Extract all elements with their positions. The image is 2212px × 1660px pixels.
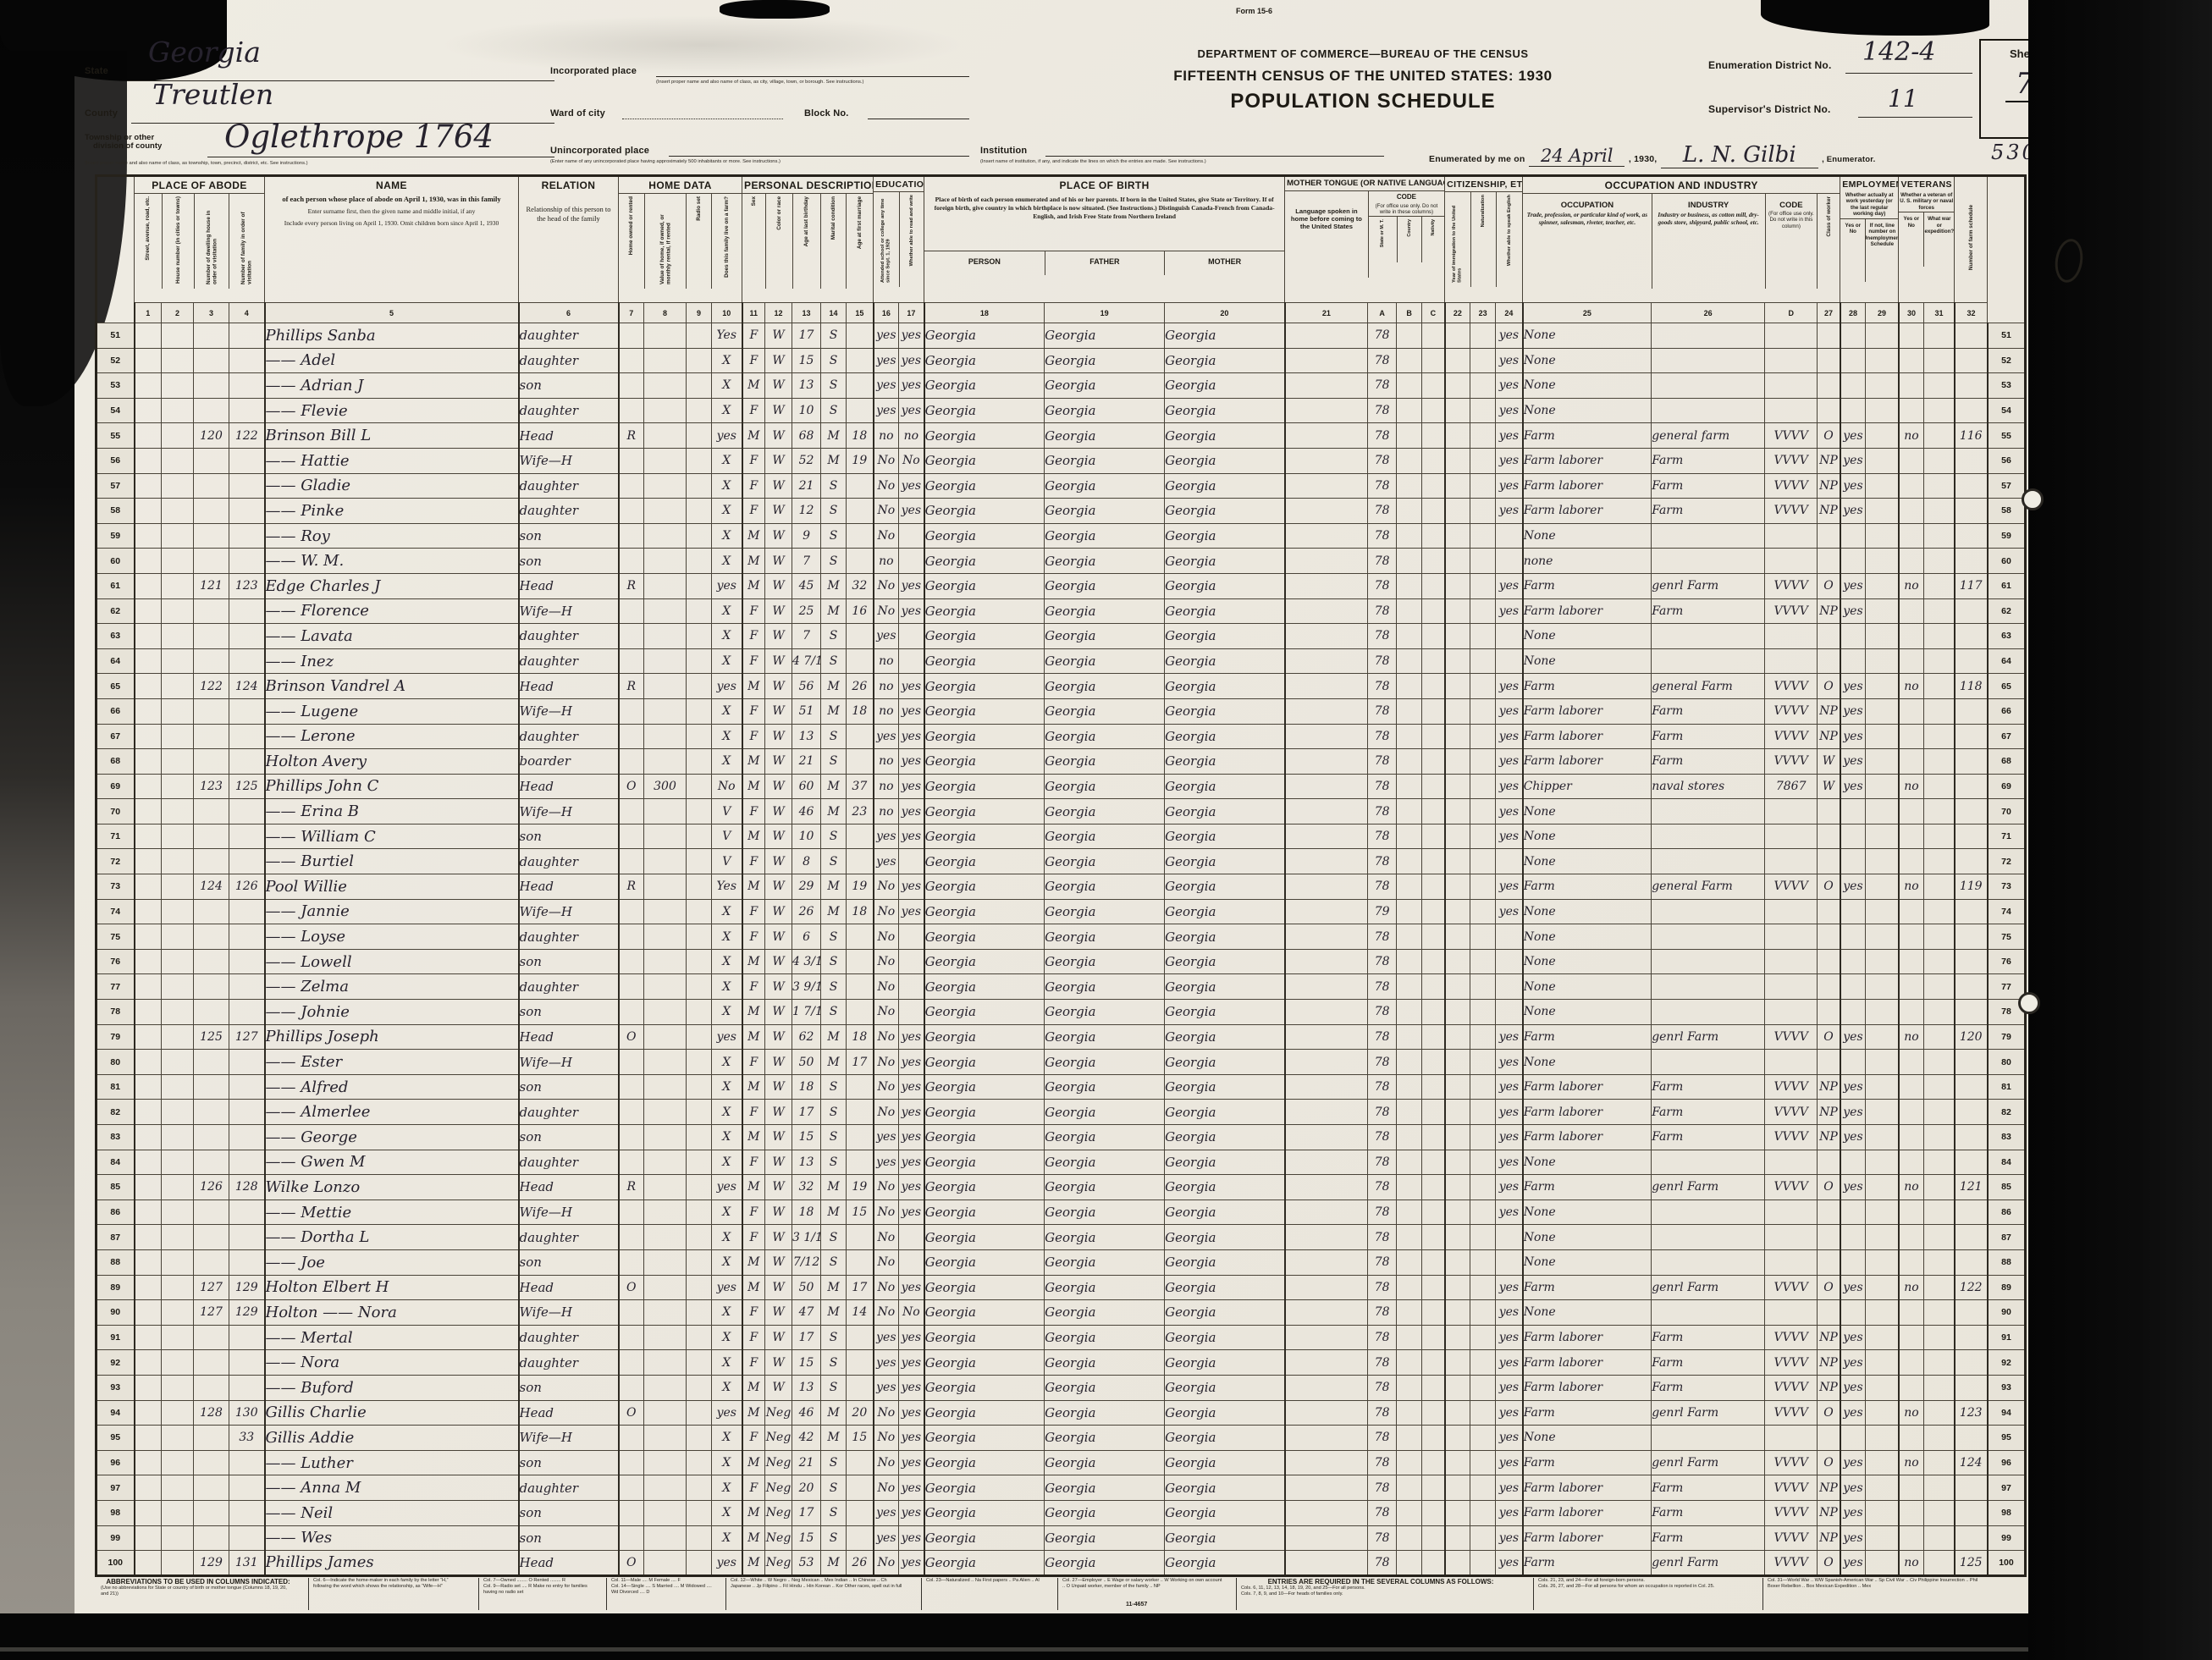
cell-fm: X — [712, 1300, 742, 1326]
cell-dw — [194, 499, 229, 524]
cell-tn — [619, 1475, 644, 1501]
cell-fam: 129 — [229, 1275, 265, 1300]
cell-nm: —— Mertal — [265, 1325, 519, 1350]
cell-hn — [162, 1150, 194, 1175]
cell-wk: yes — [1840, 674, 1866, 699]
cell-bm: Georgia — [1165, 1500, 1285, 1525]
cell-cb — [1397, 1475, 1422, 1501]
cell-sx: F — [742, 1350, 765, 1376]
cell-lg — [1285, 1175, 1368, 1200]
cell-vt — [1899, 373, 1924, 399]
cell-rad — [687, 323, 712, 349]
cell-cd: VVVV — [1765, 1525, 1818, 1551]
cell-rw: yes — [899, 749, 924, 775]
incorporated-underline — [656, 51, 969, 77]
cell-sx: M — [742, 1551, 765, 1576]
cell-fs: 122 — [1955, 1275, 1988, 1300]
cell-lg — [1285, 749, 1368, 775]
cell-cl: O — [1818, 1175, 1840, 1200]
cell-sc: No — [874, 1074, 899, 1100]
cell-rel: boarder — [519, 749, 619, 775]
cell-in: Farm — [1652, 1475, 1765, 1501]
cell-cb — [1397, 598, 1422, 624]
cell-cl: NP — [1818, 724, 1840, 749]
cell-rad — [687, 849, 712, 874]
cell-cl: NP — [1818, 499, 1840, 524]
cell-na — [1470, 598, 1496, 624]
cell-lg — [1285, 1325, 1368, 1350]
abbr-col31: Col. 31—World War .. WW Spanish-American… — [1768, 1578, 1988, 1590]
cell-mr: M — [821, 1050, 847, 1075]
cell-na — [1470, 1150, 1496, 1175]
cell-wr — [1924, 1050, 1955, 1075]
cell-ca: 78 — [1368, 1100, 1397, 1125]
cell-cd — [1765, 624, 1818, 649]
cell-bf: Georgia — [1045, 1249, 1165, 1275]
cell-oc: None — [1523, 398, 1652, 423]
cell-fs — [1955, 1375, 1988, 1400]
cell-am — [847, 1125, 874, 1150]
cell-am — [847, 1475, 874, 1501]
entries-line-1: Cols. 6, 11, 12, 13, 14, 18, 19, 20, and… — [1241, 1586, 1520, 1591]
cell-oc: Farm laborer — [1523, 1325, 1652, 1350]
cell-in — [1652, 924, 1765, 950]
col-street-label: Street, avenue, road, etc. — [145, 196, 151, 261]
cell-vl — [644, 473, 687, 499]
cell-sx: F — [742, 1325, 765, 1350]
cell-bf: Georgia — [1045, 1551, 1165, 1576]
cell-ln: 85 — [97, 1175, 135, 1200]
cell-fs: 124 — [1955, 1450, 1988, 1475]
cell-na — [1470, 899, 1496, 924]
cell-bp: Georgia — [924, 499, 1045, 524]
cell-rad — [687, 348, 712, 373]
cell-nm: —— Flevie — [265, 398, 519, 423]
personal-title: PERSONAL DESCRIPTION — [742, 177, 873, 193]
cell-tn — [619, 323, 644, 349]
cell-cd: VVVV — [1765, 1100, 1818, 1125]
cell-ag: 21 — [792, 473, 821, 499]
cell-st — [135, 1050, 162, 1075]
cell-en: yes — [1496, 1300, 1523, 1326]
cell-sx: M — [742, 749, 765, 775]
cell-rel: Head — [519, 1024, 619, 1050]
cell-lnr: 86 — [1988, 1200, 2026, 1225]
col-unemployment-line-label: If not, line number on Unemployment Sche… — [1865, 222, 1898, 249]
cell-wr — [1924, 849, 1955, 874]
cell-hn — [162, 1450, 194, 1475]
cell-lg — [1285, 1426, 1368, 1451]
cell-rad — [687, 1200, 712, 1225]
cell-dw — [194, 473, 229, 499]
cell-vl — [644, 949, 687, 974]
cell-cr: W — [765, 1325, 792, 1350]
cell-fam — [229, 499, 265, 524]
cell-cd — [1765, 348, 1818, 373]
cell-wr — [1924, 1551, 1955, 1576]
cell-cd: VVVV — [1765, 1500, 1818, 1525]
cell-tn — [619, 1500, 644, 1525]
cell-am — [847, 373, 874, 399]
cell-dw — [194, 1350, 229, 1376]
cell-vl — [644, 598, 687, 624]
cell-lnr: 79 — [1988, 1024, 2026, 1050]
sd-underline — [1858, 95, 1972, 118]
cell-un — [1866, 674, 1899, 699]
punch-hole-top — [2022, 488, 2044, 510]
cell-wk — [1840, 1300, 1866, 1326]
cell-ln: 57 — [97, 473, 135, 499]
entries-line-4: Cols. 26, 27, and 28—For all persons for… — [1538, 1584, 1750, 1590]
cell-rel: Head — [519, 874, 619, 900]
cell-bf: Georgia — [1045, 749, 1165, 775]
cell-lnr: 72 — [1988, 849, 2026, 874]
cell-st — [135, 573, 162, 598]
cell-oc: None — [1523, 974, 1652, 1000]
cell-ag: 1 7/12 — [792, 1000, 821, 1025]
cell-hn — [162, 1525, 194, 1551]
cell-cc — [1422, 549, 1445, 574]
cell-oc: Farm laborer — [1523, 1525, 1652, 1551]
cell-in: Farm — [1652, 724, 1765, 749]
cell-sx: F — [742, 1100, 765, 1125]
cell-hn — [162, 1375, 194, 1400]
cell-am — [847, 1074, 874, 1100]
cell-bf: Georgia — [1045, 423, 1165, 449]
cell-vl — [644, 1125, 687, 1150]
cell-rw: yes — [899, 874, 924, 900]
cell-in: Farm — [1652, 1500, 1765, 1525]
cell-sx: F — [742, 924, 765, 950]
cell-ln: 78 — [97, 1000, 135, 1025]
cell-un — [1866, 1325, 1899, 1350]
cell-in: general Farm — [1652, 674, 1765, 699]
scan-edge-bottom-gray — [0, 1647, 2212, 1652]
unincorporated-underline — [669, 131, 969, 157]
cell-un — [1866, 749, 1899, 775]
cell-cb — [1397, 348, 1422, 373]
col-house-number-label: House number (in cities or towns) — [175, 196, 181, 284]
cell-dw: 127 — [194, 1300, 229, 1326]
cell-fs — [1955, 698, 1988, 724]
cell-na — [1470, 323, 1496, 349]
cell-rel: son — [519, 1450, 619, 1475]
cell-bf: Georgia — [1045, 1000, 1165, 1025]
cell-bf: Georgia — [1045, 373, 1165, 399]
cell-ag: 15 — [792, 1350, 821, 1376]
cell-st — [135, 774, 162, 799]
cell-na — [1470, 1125, 1496, 1150]
cell-rel: son — [519, 1125, 619, 1150]
cell-un — [1866, 1525, 1899, 1551]
col-home-value-label: Value of home, if owned, or monthly rent… — [659, 196, 672, 284]
abbr-col11: Col. 11—Male .... M Female .... F — [611, 1578, 713, 1584]
cell-ln: 82 — [97, 1100, 135, 1125]
cell-sx: F — [742, 1475, 765, 1501]
census-row-80: 80—— EsterWife—HXFW50M17NoyesGeorgiaGeor… — [97, 1050, 2026, 1075]
cell-lnr: 88 — [1988, 1249, 2026, 1275]
cell-bf: Georgia — [1045, 949, 1165, 974]
cell-nm: —— George — [265, 1125, 519, 1150]
cell-cb — [1397, 1249, 1422, 1275]
cell-un — [1866, 398, 1899, 423]
cell-cc — [1422, 648, 1445, 674]
cell-rw: yes — [899, 1325, 924, 1350]
cell-ln: 62 — [97, 598, 135, 624]
cell-oc: None — [1523, 1426, 1652, 1451]
mother-tongue-group: MOTHER TONGUE (OR NATIVE LANGUAGE) OF FO… — [1285, 176, 1445, 303]
cell-oc: None — [1523, 348, 1652, 373]
cell-sc: No — [874, 1225, 899, 1250]
cell-dw: 121 — [194, 573, 229, 598]
cell-hn — [162, 1050, 194, 1075]
cell-sx: M — [742, 674, 765, 699]
cell-ag: 4 7/12 — [792, 648, 821, 674]
cell-rad — [687, 1125, 712, 1150]
cell-wk — [1840, 1200, 1866, 1225]
cell-vt — [1899, 598, 1924, 624]
cell-nm: Brinson Vandrel A — [265, 674, 519, 699]
cell-un — [1866, 499, 1899, 524]
cell-na — [1470, 1249, 1496, 1275]
cell-st — [135, 373, 162, 399]
cell-fam — [229, 949, 265, 974]
cell-nm: —— Buford — [265, 1375, 519, 1400]
cell-tn — [619, 1525, 644, 1551]
birth-title: PLACE OF BIRTH — [924, 177, 1284, 193]
cell-hn — [162, 924, 194, 950]
scan-edge-right — [2028, 0, 2212, 1660]
abbreviations-title: ABBREVIATIONS TO BE USED IN COLUMNS INDI… — [101, 1578, 295, 1586]
cell-rel: Head — [519, 1175, 619, 1200]
cell-bm: Georgia — [1165, 1100, 1285, 1125]
census-row-69: 69123125Phillips John CHeadO300NoMW60M37… — [97, 774, 2026, 799]
cell-im — [1445, 774, 1470, 799]
cell-sc: yes — [874, 849, 899, 874]
cell-vt — [1899, 523, 1924, 549]
cell-en: yes — [1496, 1125, 1523, 1150]
cell-wr — [1924, 874, 1955, 900]
cell-cb — [1397, 1525, 1422, 1551]
cell-na — [1470, 774, 1496, 799]
cell-bm: Georgia — [1165, 974, 1285, 1000]
cell-wk — [1840, 1426, 1866, 1451]
cell-cb — [1397, 899, 1422, 924]
cell-cc — [1422, 448, 1445, 473]
cell-wk — [1840, 624, 1866, 649]
col-class-of-worker-label: Class of worker — [1826, 196, 1832, 237]
cell-rel: daughter — [519, 648, 619, 674]
cell-rad — [687, 1450, 712, 1475]
cell-hn — [162, 423, 194, 449]
cell-ag: 18 — [792, 1200, 821, 1225]
cell-fs — [1955, 499, 1988, 524]
cell-rw: yes — [899, 1100, 924, 1125]
cell-fs — [1955, 398, 1988, 423]
cell-cb — [1397, 573, 1422, 598]
cell-ln: 94 — [97, 1400, 135, 1426]
cell-rel: daughter — [519, 1475, 619, 1501]
cell-un — [1866, 724, 1899, 749]
cell-bp: Georgia — [924, 1175, 1045, 1200]
cell-ln: 56 — [97, 448, 135, 473]
cell-bm: Georgia — [1165, 1450, 1285, 1475]
cell-vt — [1899, 624, 1924, 649]
cell-en: yes — [1496, 1100, 1523, 1125]
cell-ca: 78 — [1368, 874, 1397, 900]
cell-im — [1445, 1400, 1470, 1426]
cell-bm: Georgia — [1165, 1050, 1285, 1075]
cell-tn — [619, 523, 644, 549]
cell-bf: Georgia — [1045, 1125, 1165, 1150]
cell-ag: 26 — [792, 899, 821, 924]
cell-vl — [644, 523, 687, 549]
cell-lg — [1285, 473, 1368, 499]
cell-bp: Georgia — [924, 648, 1045, 674]
cell-hn — [162, 1500, 194, 1525]
cell-am — [847, 1375, 874, 1400]
cell-sc: yes — [874, 348, 899, 373]
cell-sc: yes — [874, 1125, 899, 1150]
col-read-write-label: Whether able to read and write — [909, 195, 915, 266]
cell-am — [847, 348, 874, 373]
enumerated-label: Enumerated by me on — [1429, 154, 1525, 164]
cell-cb — [1397, 1125, 1422, 1150]
cell-fam — [229, 849, 265, 874]
cell-in: genrl Farm — [1652, 1175, 1765, 1200]
cell-vl — [644, 1050, 687, 1075]
cell-rel: Wife—H — [519, 799, 619, 824]
cell-bp: Georgia — [924, 523, 1045, 549]
cell-en — [1496, 974, 1523, 1000]
cell-rel: Wife—H — [519, 448, 619, 473]
cell-ca: 78 — [1368, 448, 1397, 473]
cell-bm: Georgia — [1165, 899, 1285, 924]
cell-tn — [619, 1125, 644, 1150]
cell-cd — [1765, 1225, 1818, 1250]
cell-rad — [687, 1275, 712, 1300]
cell-in: Farm — [1652, 499, 1765, 524]
cell-cr: W — [765, 423, 792, 449]
cell-am — [847, 1100, 874, 1125]
cell-bf: Georgia — [1045, 1300, 1165, 1326]
cell-fm: X — [712, 1200, 742, 1225]
cell-bm: Georgia — [1165, 1400, 1285, 1426]
cell-rad — [687, 648, 712, 674]
cell-vl — [644, 1500, 687, 1525]
cell-sc: No — [874, 1024, 899, 1050]
cell-nm: —— Anna M — [265, 1475, 519, 1501]
entries-title: ENTRIES ARE REQUIRED IN THE SEVERAL COLU… — [1241, 1578, 1520, 1586]
cell-sc: No — [874, 874, 899, 900]
cell-wr — [1924, 824, 1955, 849]
cell-sx: F — [742, 974, 765, 1000]
cell-un — [1866, 849, 1899, 874]
cell-wk: yes — [1840, 423, 1866, 449]
cell-cl — [1818, 824, 1840, 849]
cell-ca: 78 — [1368, 749, 1397, 775]
cell-rel: daughter — [519, 473, 619, 499]
cell-un — [1866, 1300, 1899, 1326]
cell-un — [1866, 1175, 1899, 1200]
cell-nm: —— Inez — [265, 648, 519, 674]
cell-fam — [229, 549, 265, 574]
cell-cl — [1818, 1225, 1840, 1250]
cell-na — [1470, 648, 1496, 674]
cell-im — [1445, 624, 1470, 649]
cell-bp: Georgia — [924, 1350, 1045, 1376]
cell-mr: M — [821, 774, 847, 799]
cell-sx: F — [742, 1225, 765, 1250]
cell-cr: W — [765, 1000, 792, 1025]
scan-edge-bottom — [0, 1613, 2212, 1660]
cell-wk: yes — [1840, 1475, 1866, 1501]
cell-vt — [1899, 1300, 1924, 1326]
cell-rw: yes — [899, 373, 924, 399]
cell-rad — [687, 499, 712, 524]
cell-cd: VVVV — [1765, 1125, 1818, 1150]
cell-sx: F — [742, 648, 765, 674]
cell-vt — [1899, 1525, 1924, 1551]
cell-lnr: 59 — [1988, 523, 2026, 549]
cell-mr: S — [821, 499, 847, 524]
cell-fm: yes — [712, 1551, 742, 1576]
cell-im — [1445, 1225, 1470, 1250]
cell-bp: Georgia — [924, 1450, 1045, 1475]
cell-hn — [162, 698, 194, 724]
cell-bf: Georgia — [1045, 1350, 1165, 1376]
cell-vl — [644, 824, 687, 849]
cell-sc: yes — [874, 1525, 899, 1551]
cell-bm: Georgia — [1165, 1300, 1285, 1326]
cell-bm: Georgia — [1165, 674, 1285, 699]
cell-cr: W — [765, 1050, 792, 1075]
cell-hn — [162, 1200, 194, 1225]
cell-rad — [687, 724, 712, 749]
cell-nm: —— Florence — [265, 598, 519, 624]
cell-ln: 96 — [97, 1450, 135, 1475]
cell-ca: 78 — [1368, 1000, 1397, 1025]
cell-bm: Georgia — [1165, 949, 1285, 974]
cell-st — [135, 1150, 162, 1175]
cell-cr: W — [765, 899, 792, 924]
cell-am — [847, 549, 874, 574]
cell-fam: 129 — [229, 1300, 265, 1326]
cell-cc — [1422, 1275, 1445, 1300]
cell-sc: No — [874, 949, 899, 974]
cell-bf: Georgia — [1045, 1325, 1165, 1350]
cell-na — [1470, 724, 1496, 749]
cell-ln: 72 — [97, 849, 135, 874]
cell-im — [1445, 1024, 1470, 1050]
cell-am — [847, 323, 874, 349]
abbreviations-footer: ABBREVIATIONS TO BE USED IN COLUMNS INDI… — [97, 1578, 2023, 1612]
cell-ag: 56 — [792, 674, 821, 699]
cell-lnr: 96 — [1988, 1450, 2026, 1475]
cell-rw: yes — [899, 499, 924, 524]
cell-en: yes — [1496, 1450, 1523, 1475]
cell-cr: W — [765, 749, 792, 775]
cell-fam: 125 — [229, 774, 265, 799]
cell-ag: 3 1/12 — [792, 1225, 821, 1250]
cell-mr: M — [821, 874, 847, 900]
cell-st — [135, 473, 162, 499]
col-radio-label: Radio set — [696, 196, 702, 221]
cell-cl: O — [1818, 573, 1840, 598]
cell-fam — [229, 1475, 265, 1501]
cell-en: yes — [1496, 573, 1523, 598]
cell-bp: Georgia — [924, 849, 1045, 874]
